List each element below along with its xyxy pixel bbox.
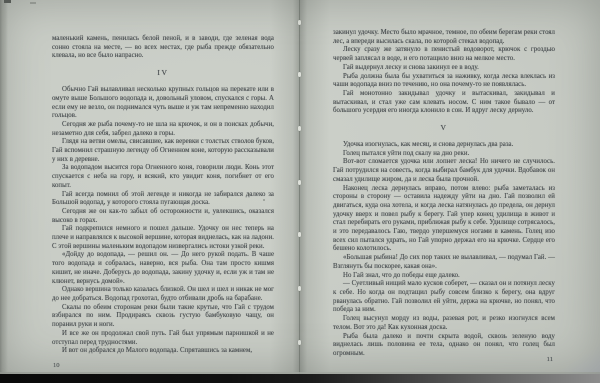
paragraph: «Дойду до водопада, — решил он. — До нег…: [52, 251, 274, 286]
paragraph: За водопадом высится гора Огненного коня…: [52, 164, 274, 190]
paragraph: Глядя на ветви омелы, свисавшие, как вер…: [52, 138, 274, 164]
binding-stitch: [298, 20, 301, 25]
binding-stitch: [298, 72, 301, 77]
paragraph: Гай подкрепился немного и пошел дальше. …: [52, 225, 274, 251]
page-number-left: 10: [53, 362, 60, 369]
binding-stitch: [298, 126, 301, 131]
paragraph: Рыба была далеко и почти скрыта водой, с…: [333, 333, 555, 359]
paragraph: Однако вершина только казалась близкой. …: [52, 286, 274, 303]
paper-speck: [248, 193, 250, 195]
paragraph: И вот он добрался до Малого водопада. Сп…: [52, 347, 274, 356]
binding-seam: [299, 0, 300, 374]
paragraph: Вот-вот сломается удочка или лопнет леск…: [333, 158, 555, 184]
table-surface: [0, 374, 600, 383]
paragraph: Скалы по обеим сторонам реки были такие …: [52, 304, 274, 330]
paragraph: Обычно Гай вылавливал несколько крупных …: [52, 86, 274, 121]
paragraph: Сегодня же он как-то забыл об осторожнос…: [52, 208, 274, 225]
paragraph: Сегодня же рыба почему-то не шла на крюч…: [52, 121, 274, 138]
paragraph-continuation: маленький камень, пенилась белой пеной, …: [52, 35, 274, 61]
binding-stitch: [298, 232, 301, 237]
paragraph: Гай всегда помнил об этой легенде и нико…: [52, 191, 274, 208]
binding-stitch: [298, 180, 301, 185]
right-page: закинул удочку. Место было мрачное, темн…: [300, 0, 600, 374]
paragraph: И все же он продолжал свой путь. Гай был…: [52, 330, 274, 347]
paragraph: Но Гай знал, что до победы еще далеко.: [333, 272, 555, 281]
paragraph: Голец пытался уйти под скалу на дно реки…: [333, 150, 555, 159]
page-number-right: 11: [547, 356, 553, 363]
paragraph-continuation: закинул удочку. Место было мрачное, темн…: [333, 29, 555, 46]
paper-speck: [263, 199, 265, 201]
paragraph: «Большая рыбина! До сих пор таких не выл…: [333, 254, 555, 271]
paragraph: Рыба должна была бы ухватиться за наживк…: [333, 73, 555, 90]
section-heading-iv: IV: [52, 68, 274, 77]
paragraph: Удочка изогнулась, как месяц, и снова де…: [333, 141, 555, 150]
paragraph: Гай монотонно закидывал удочку и вытаски…: [333, 90, 555, 116]
section-heading-v: V: [333, 123, 555, 132]
paragraph: — Суетливый нищий мало кусков соберет, —…: [333, 280, 555, 315]
binding-stitch: [298, 340, 301, 345]
paragraph: Леску сразу же затянуло в пенистый водов…: [333, 46, 555, 63]
paragraph: Гай выдернул леску и снова закинул ее в …: [333, 64, 555, 73]
paragraph: Голец высунул морду из воды, разевая рот…: [333, 315, 555, 332]
book-photo: маленький камень, пенилась белой пеной, …: [0, 0, 600, 383]
left-page: маленький камень, пенилась белой пеной, …: [0, 0, 300, 374]
photo-edge-mark: [4, 0, 11, 3]
paragraph: Наконец леска дернулась вправо, потом вл…: [333, 185, 555, 255]
photo-edge-mark: [30, 2, 36, 4]
binding-stitch: [298, 286, 301, 291]
page-stack-edge: [0, 0, 8, 374]
